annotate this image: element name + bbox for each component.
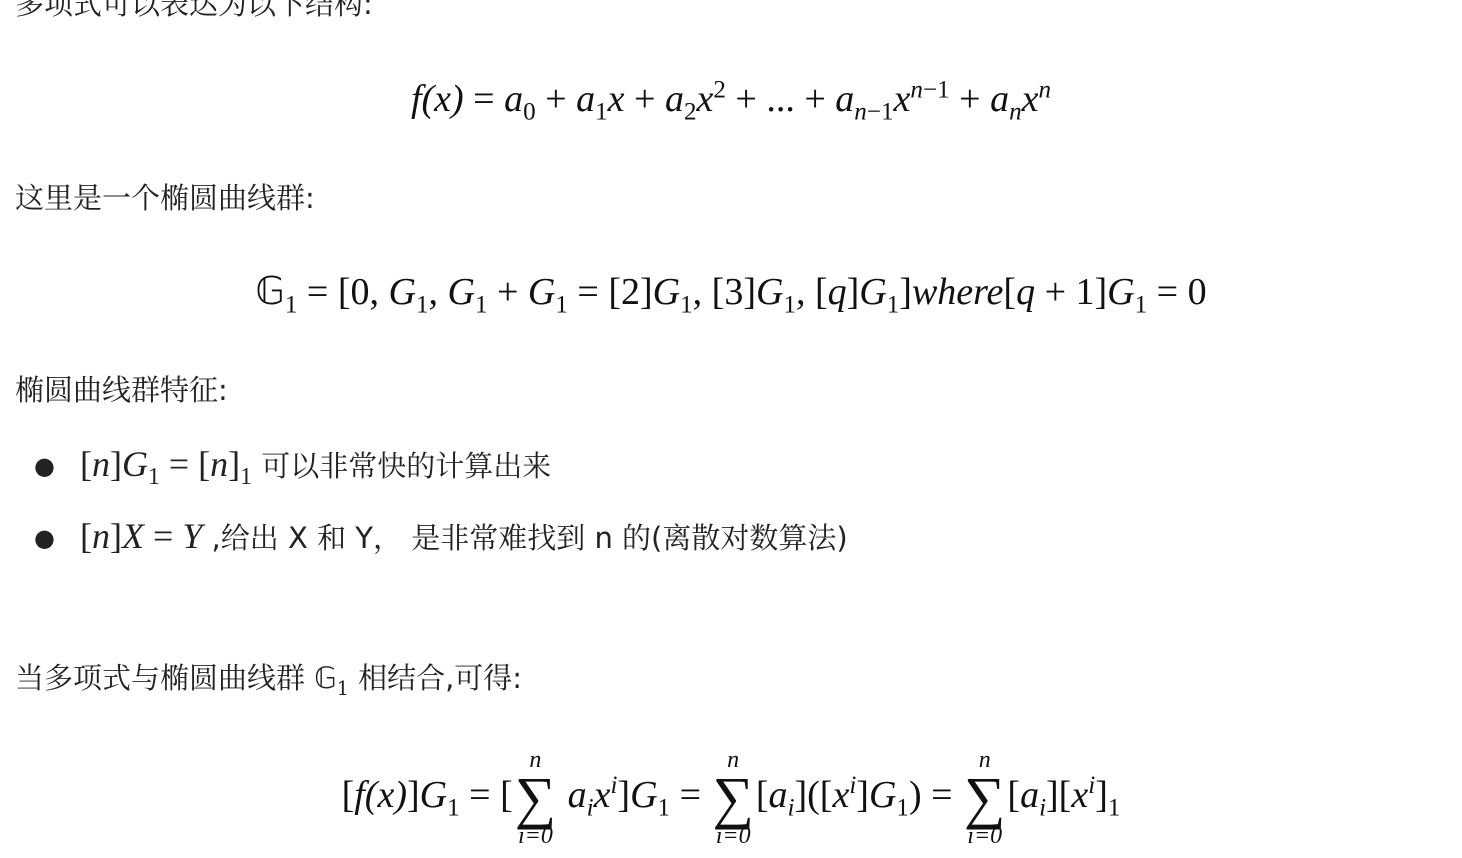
combine-text: 当多项式与椭圆曲线群 𝔾1 相结合,可得:: [15, 664, 522, 693]
features-heading: 椭圆曲线群特征:: [15, 376, 228, 405]
bullet-icon: ●: [34, 454, 80, 478]
feature-text: ,给出 X 和 Y， 是非常难找到 n 的(离散对数算法): [202, 521, 847, 555]
sum-symbol: n∑i=0: [713, 748, 754, 848]
feature-item-2: ●[n]X = Y ,给出 X 和 Y， 是非常难找到 n 的(离散对数算法): [34, 518, 848, 554]
feature-math: [n]G1 = [n]1: [80, 444, 252, 484]
sum-symbol: n∑i=0: [515, 748, 556, 848]
polynomial-equation: f(x) = a0 + a1x + a2x2 + ... + an−1xn−1 …: [0, 80, 1462, 118]
combined-equation: [f(x)]G1 = [n∑i=0 aixi]G1 = n∑i=0[ai]([x…: [0, 748, 1462, 848]
feature-text: 可以非常快的计算出来: [252, 449, 551, 483]
feature-math: [n]X = Y: [80, 516, 202, 556]
sum-symbol: n∑i=0: [964, 748, 1005, 848]
feature-item-1: ●[n]G1 = [n]1 可以非常快的计算出来: [34, 446, 551, 482]
group-intro-text: 这里是一个椭圆曲线群:: [15, 184, 315, 213]
intro-text: 多项式可以表达为以下结构:: [15, 0, 373, 19]
group-equation: 𝔾1 = [0, G1, G1 + G1 = [2]G1, [3]G1, [q]…: [0, 272, 1462, 311]
bullet-icon: ●: [34, 526, 80, 550]
